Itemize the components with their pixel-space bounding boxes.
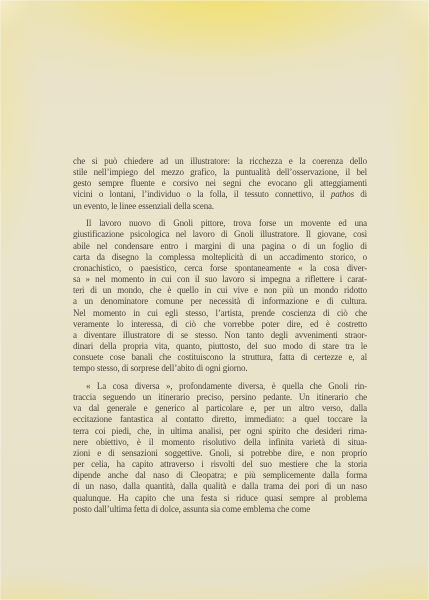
text-line: un evento, le linee essenziali della sce… xyxy=(73,201,367,212)
text-line: nere obiettivo, è il momento risolutivo … xyxy=(73,437,367,448)
text-line: abile nel condensare entro i margini di … xyxy=(73,241,367,252)
paragraph: che si può chiedere ad un illustratore: … xyxy=(73,156,367,212)
text-line: zioni e di sensazioni soggettive. Gnoli,… xyxy=(73,448,367,459)
text-line: di un naso, dalla quantità, dalla qualit… xyxy=(73,481,367,492)
page-text-block: che si può chiedere ad un illustratore: … xyxy=(73,156,367,515)
text-line: veramente lo interessa, di ciò che vorre… xyxy=(73,319,367,330)
paragraph: Il lavoro nuovo di Gnoli pittore, trova … xyxy=(73,218,367,374)
text-line: Il lavoro nuovo di Gnoli pittore, trova … xyxy=(73,218,367,229)
text-line: va dal generale e generico al particolar… xyxy=(73,403,367,414)
text-line: eccitazione fantastica al contatto diret… xyxy=(73,414,367,425)
text-line: tempo stesso, di sorprese dell’abito di … xyxy=(73,363,367,374)
text-line: a un denominatore comune per necessità d… xyxy=(73,296,367,307)
text-line: sa » nel momento in cui con il suo lavor… xyxy=(73,274,367,285)
text-line: per celia, ha capito attraverso i risvol… xyxy=(73,459,367,470)
text-line: carta da disegno la complessa molteplici… xyxy=(73,252,367,263)
text-line: che si può chiedere ad un illustratore: … xyxy=(73,156,367,167)
text-line: teri di un mondo, che è quello in cui vi… xyxy=(73,285,367,296)
text-line: dipende anche dal naso di Cleopatra; e p… xyxy=(73,470,367,481)
text-line: cronachistico, o paesistico, cerca forse… xyxy=(73,263,367,274)
text-line: traccia seguendo un itinerario preciso, … xyxy=(73,392,367,403)
italic-word: pathos xyxy=(331,189,354,199)
text-line: posto dall’ultima fetta di dolce, assunt… xyxy=(73,504,367,515)
text-line: Nel momento in cui egli stesso, l’artist… xyxy=(73,308,367,319)
book-page: che si può chiedere ad un illustratore: … xyxy=(0,0,429,600)
text-line: giustificazione psicologica nel lavoro d… xyxy=(73,229,367,240)
paragraph: « La cosa diversa », profondamente diver… xyxy=(73,381,367,515)
text-line: « La cosa diversa », profondamente diver… xyxy=(73,381,367,392)
text-line: stile nell’impiego del mezzo grafico, la… xyxy=(73,167,367,178)
text-line: terra coi piedi, che, in ultima analisi,… xyxy=(73,426,367,437)
text-line: consuete cose banali che costituiscono l… xyxy=(73,352,367,363)
text-line: a diventare illustratore di se stesso. N… xyxy=(73,330,367,341)
text-line: vicini o lontani, l’individuo o la folla… xyxy=(73,189,367,200)
text-line: dinari della propria vita, quanto, piutt… xyxy=(73,341,367,352)
text-line: qualunque. Ha capito che una festa si ri… xyxy=(73,493,367,504)
text-line: gesto sempre fluente e corsivo nei segni… xyxy=(73,178,367,189)
